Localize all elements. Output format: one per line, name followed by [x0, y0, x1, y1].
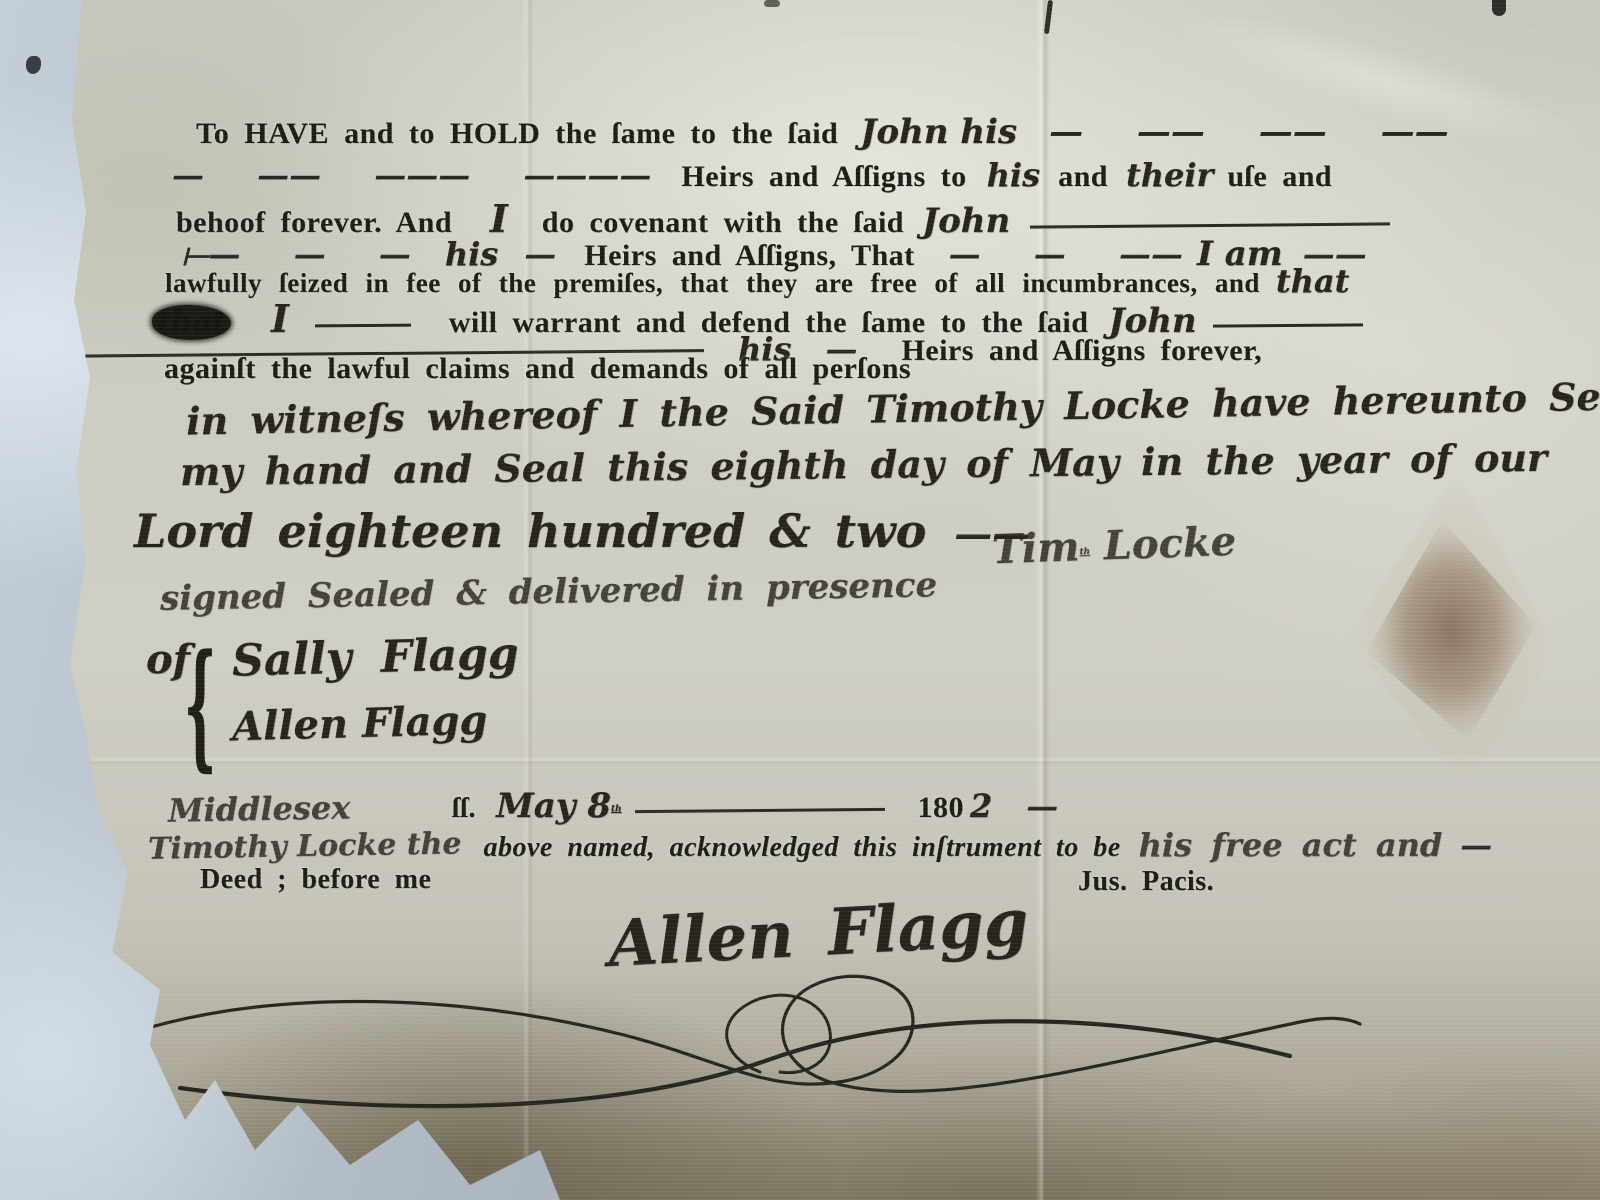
handwritten-grantee: John [1108, 301, 1196, 341]
ink-dash: — [825, 330, 857, 368]
printed-text: Heirs and Aſſigns to [681, 160, 966, 193]
handwritten-text: Lord eighteen hundred & two [134, 504, 926, 558]
printed-line-warrant: that I will warrant and defend the ſame … [152, 296, 1363, 341]
ink-dash: —— [1303, 235, 1367, 273]
handwritten-I-am: I am [1197, 234, 1283, 274]
printed-year: 180 [917, 791, 964, 824]
printed-line-that: ⟝— — — his — Heirs and Aſſigns, That — —… [182, 234, 1367, 274]
ink-line [1213, 324, 1363, 328]
handwritten-grantee: John his [860, 112, 1017, 152]
ink-dashes: — —— ——— ———— [172, 156, 651, 194]
printed-text: ſſ. [452, 793, 476, 824]
seal-stain [1348, 470, 1558, 790]
handwritten-text: in witneſs whereof I the Said Timothy Lo… [186, 374, 1600, 444]
witness-of-label: of [146, 636, 190, 683]
ink-line [635, 808, 885, 813]
ink-dashes: — — —— [949, 235, 1183, 273]
fold-crease [0, 756, 1600, 766]
grantor-signature: Timth Locke [991, 518, 1237, 573]
signature-text: Sally Flagg [231, 628, 519, 686]
handwritten-grantee: John [922, 201, 1010, 241]
handwritten-his: his [738, 330, 791, 368]
photograph-of-deed: To HAVE and to HOLD the ſame to the ſaid… [0, 0, 1600, 1200]
struck-out-word: that [152, 305, 231, 340]
ink-fragment [1044, 0, 1053, 34]
ink-fragment [764, 0, 780, 7]
printed-text: uſe and [1227, 160, 1332, 193]
handwritten-line-witness-whereof: in witneſs whereof I the Said Timothy Lo… [186, 374, 1600, 444]
ack-date-line: ſſ. May 8th 1802 — [452, 786, 1058, 826]
ink-dash: —— [954, 511, 1030, 556]
signature-text: Allen Flagg [606, 885, 1030, 982]
signature-text: Locke [1089, 518, 1237, 570]
handwritten-his: his [987, 156, 1040, 194]
witness-signature-2: Allen Flagg [231, 697, 487, 751]
fold-crease [1036, 0, 1050, 1200]
printed-text: Heirs and Aſſigns, That [584, 239, 914, 272]
ack-statement-line: Timothy Locke the above named, acknowled… [148, 826, 1492, 864]
ack-before-me: Deed ; before me [200, 864, 431, 896]
handwritten-I: I [271, 296, 289, 341]
handwritten-line-hand-and-seal: my hand and Seal this eighth day of May … [180, 435, 1547, 494]
handwritten-date-superscript: th [611, 804, 621, 814]
printed-text: To HAVE and to HOLD the ſame to the ſaid [196, 117, 838, 150]
handwritten-I: I [490, 196, 508, 241]
printed-line-heirs-assigns: — —— ——— ———— Heirs and Aſſigns to his a… [172, 156, 1332, 194]
ink-dashes: — —— —— —— [1049, 112, 1449, 152]
witness-brace: { [184, 628, 217, 786]
printed-text: againſt the lawful claims and demands of… [164, 352, 911, 385]
printed-text: Deed ; before me [200, 864, 431, 895]
handwritten-their: their [1126, 156, 1213, 194]
ink-line [315, 324, 411, 328]
printed-text: do covenant with the ſaid [542, 206, 904, 239]
printed-text: behoof forever. And [176, 206, 452, 239]
printed-line-habendum: To HAVE and to HOLD the ſame to the ſaid… [196, 112, 1449, 152]
printed-text: Heirs and Aſſigns forever, [901, 334, 1262, 367]
handwritten-text: Timothy Locke the [148, 826, 462, 866]
printed-text: and [1058, 160, 1108, 193]
handwritten-that: that [1276, 262, 1350, 300]
handwritten-date: May 8 [496, 786, 611, 826]
signature-text: Tim [991, 523, 1080, 573]
signature-text: Allen Flagg [231, 697, 487, 751]
ink-dash: — [1460, 826, 1492, 864]
signature-flourish [120, 960, 1370, 1130]
handwritten-text: his free act and [1139, 826, 1443, 864]
fold-crease [522, 0, 534, 1200]
handwritten-his: his [445, 235, 498, 273]
printed-line-claims: againſt the lawful claims and demands of… [164, 352, 911, 386]
ink-line [1030, 223, 1390, 229]
printed-line-forever: his — Heirs and Aſſigns forever, [44, 330, 1262, 368]
handwritten-line-signed-sealed: signed Sealed & delivered in presence [160, 565, 938, 619]
ink-dash: — [1026, 787, 1058, 825]
deed-paper: To HAVE and to HOLD the ſame to the ſaid… [0, 0, 1600, 1200]
handwritten-text: signed Sealed & delivered in presence [160, 565, 938, 619]
handwritten-line-year: Lord eighteen hundred & two —— [134, 504, 1030, 558]
fold-crease [1114, 0, 1600, 209]
backdrop-speck [26, 56, 41, 74]
ink-dashes: ⟝— — — [182, 235, 411, 273]
witness-signature-1: Sally Flagg [231, 628, 519, 686]
ink-line [44, 349, 704, 358]
seal-stain [1366, 520, 1536, 740]
printed-text: above named, acknowledged this inſtrumen… [483, 832, 1120, 863]
printed-line-seized: lawfully ſeized in fee of the premiſes, … [165, 262, 1349, 300]
ack-county: Middlesex [168, 788, 351, 829]
ack-jus-pacis: Jus. Pacis. [1078, 866, 1214, 898]
ink-fragment [1492, 0, 1506, 16]
handwritten-text: of [146, 636, 190, 683]
printed-line-covenant: behoof forever. And I do covenant with t… [176, 196, 1390, 241]
handwritten-text: my hand and Seal this eighth day of May … [180, 435, 1547, 494]
printed-text: lawfully ſeized in fee of the premiſes, … [165, 268, 1260, 298]
printed-text: will warrant and defend the ſame to the … [449, 306, 1089, 339]
signature-superscript: th [1079, 547, 1090, 557]
printed-text: Jus. Pacis. [1078, 866, 1214, 897]
ink-dash: — [524, 235, 556, 273]
handwritten-text: Middlesex [168, 788, 351, 829]
justice-signature: Allen Flagg [606, 885, 1030, 982]
handwritten-year-digit: 2 [970, 787, 992, 825]
